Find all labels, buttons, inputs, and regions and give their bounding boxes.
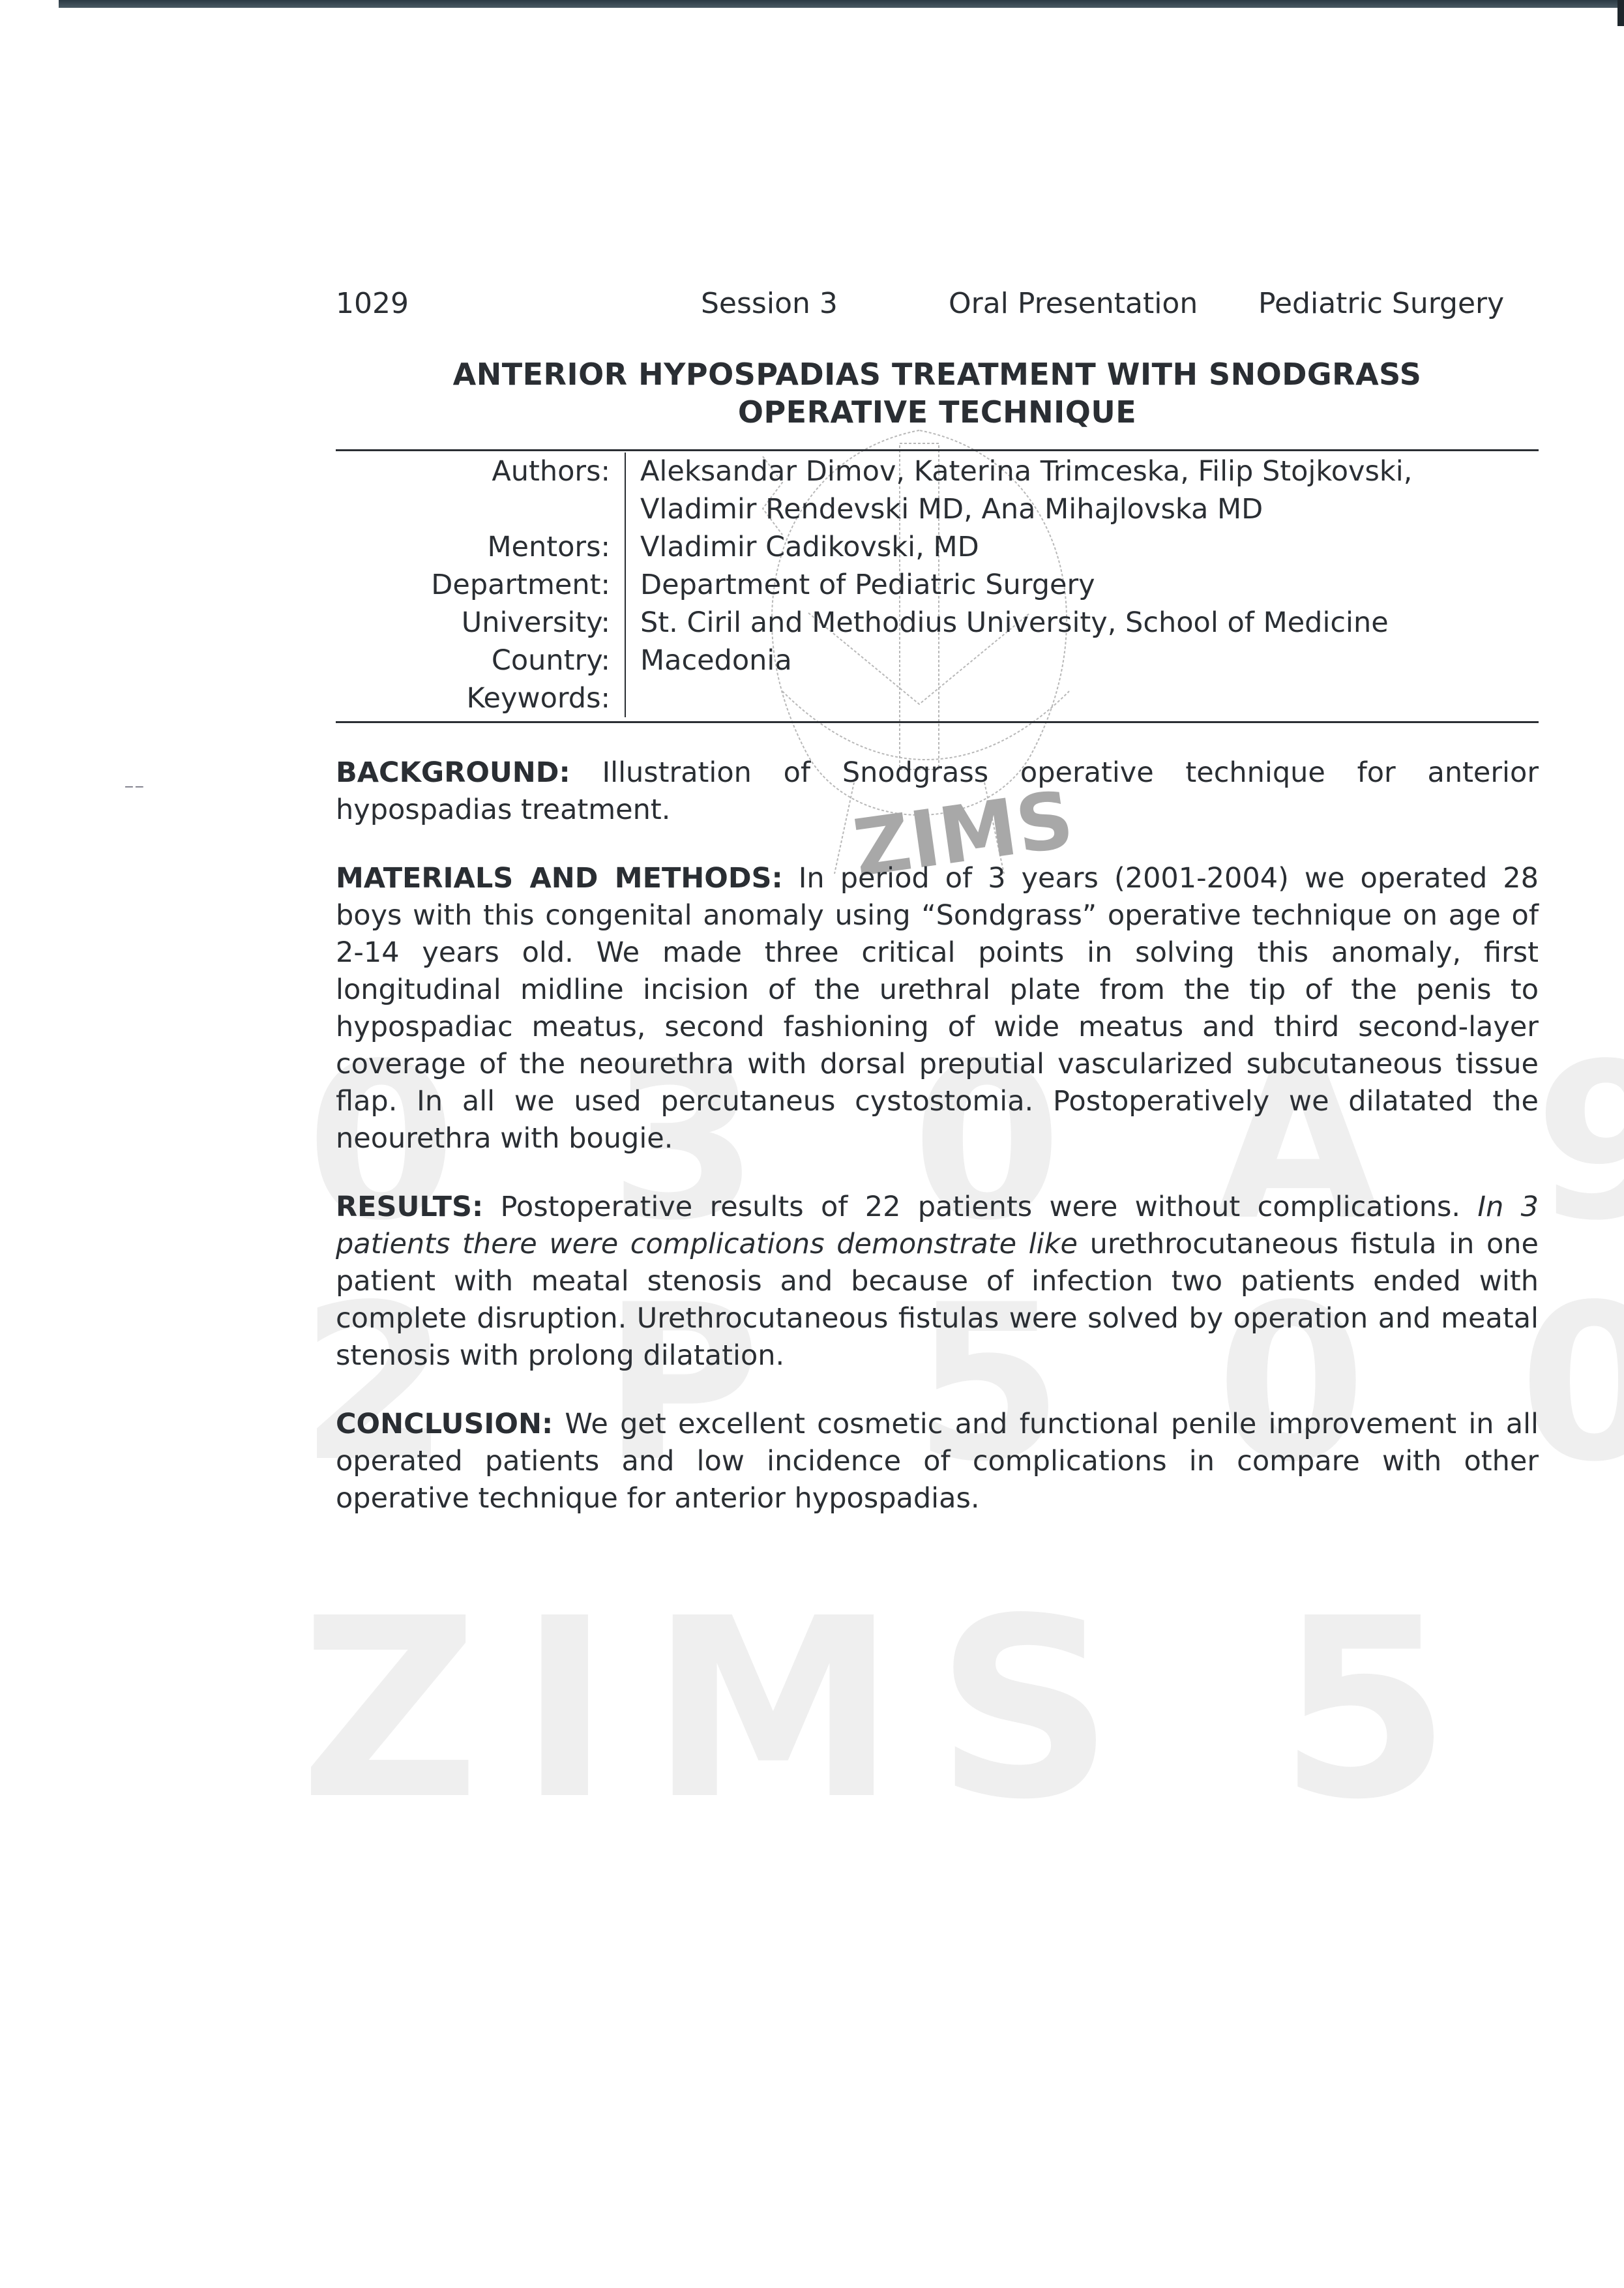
meta-row-department: Department: Department of Pediatric Surg…: [336, 566, 1539, 604]
meta-row-country: Country: Macedonia: [336, 642, 1539, 679]
authors-label: Authors:: [336, 453, 626, 528]
watermark-line-3: ZIMS 5: [300, 1565, 1490, 1854]
department-label: Department:: [336, 566, 626, 604]
background-heading: BACKGROUND:: [336, 756, 570, 789]
scan-edge-corner: [1617, 0, 1624, 26]
authors-line-1: Aleksandar Dimov, Katerina Trimceska, Fi…: [640, 453, 1539, 490]
university-value: St. Ciril and Methodius University, Scho…: [626, 604, 1539, 642]
results-section: RESULTS: Postoperative results of 22 pat…: [336, 1189, 1539, 1374]
mentors-value: Vladimir Cadikovski, MD: [626, 528, 1539, 566]
conclusion-heading: CONCLUSION:: [336, 1408, 553, 1440]
meta-row-university: University: St. Ciril and Methodius Univ…: [336, 604, 1539, 642]
meta-table: Authors: Aleksandar Dimov, Katerina Trim…: [336, 449, 1539, 723]
field-label: Pediatric Surgery: [1258, 287, 1504, 320]
abstract-number: 1029: [336, 287, 701, 320]
department-value: Department of Pediatric Surgery: [626, 566, 1539, 604]
keywords-value: [626, 679, 1539, 717]
scan-speck: ⁻⁻: [124, 779, 145, 802]
meta-row-authors: Authors: Aleksandar Dimov, Katerina Trim…: [336, 453, 1539, 528]
methods-section: MATERIALS AND METHODS: In period of 3 ye…: [336, 860, 1539, 1157]
abstract-page: 1029 Session 3 Oral Presentation Pediatr…: [336, 280, 1539, 1545]
methods-heading: MATERIALS AND METHODS:: [336, 862, 783, 895]
mentors-label: Mentors:: [336, 528, 626, 566]
results-text-1: Postoperative results of 22 patients wer…: [500, 1191, 1460, 1223]
country-label: Country:: [336, 642, 626, 679]
meta-row-keywords: Keywords:: [336, 679, 1539, 717]
presentation-type: Oral Presentation: [949, 287, 1258, 320]
conclusion-section: CONCLUSION: We get excellent cosmetic an…: [336, 1406, 1539, 1517]
keywords-label: Keywords:: [336, 679, 626, 717]
meta-row-mentors: Mentors: Vladimir Cadikovski, MD: [336, 528, 1539, 566]
title-line-2: OPERATIVE TECHNIQUE: [336, 393, 1539, 431]
background-section: BACKGROUND: Illustration of Snodgrass op…: [336, 754, 1539, 829]
methods-text: In period of 3 years (2001-2004) we oper…: [336, 862, 1539, 1155]
results-heading: RESULTS:: [336, 1191, 483, 1223]
authors-line-2: Vladimir Rendevski MD, Ana Mihajlovska M…: [640, 490, 1539, 528]
scan-edge: [59, 0, 1624, 8]
title-line-1: ANTERIOR HYPOSPADIAS TREATMENT WITH SNOD…: [336, 355, 1539, 393]
page-header: 1029 Session 3 Oral Presentation Pediatr…: [336, 280, 1539, 326]
abstract-title: ANTERIOR HYPOSPADIAS TREATMENT WITH SNOD…: [336, 355, 1539, 431]
university-label: University:: [336, 604, 626, 642]
session-label: Session 3: [701, 287, 949, 320]
authors-value: Aleksandar Dimov, Katerina Trimceska, Fi…: [626, 453, 1539, 528]
country-value: Macedonia: [626, 642, 1539, 679]
